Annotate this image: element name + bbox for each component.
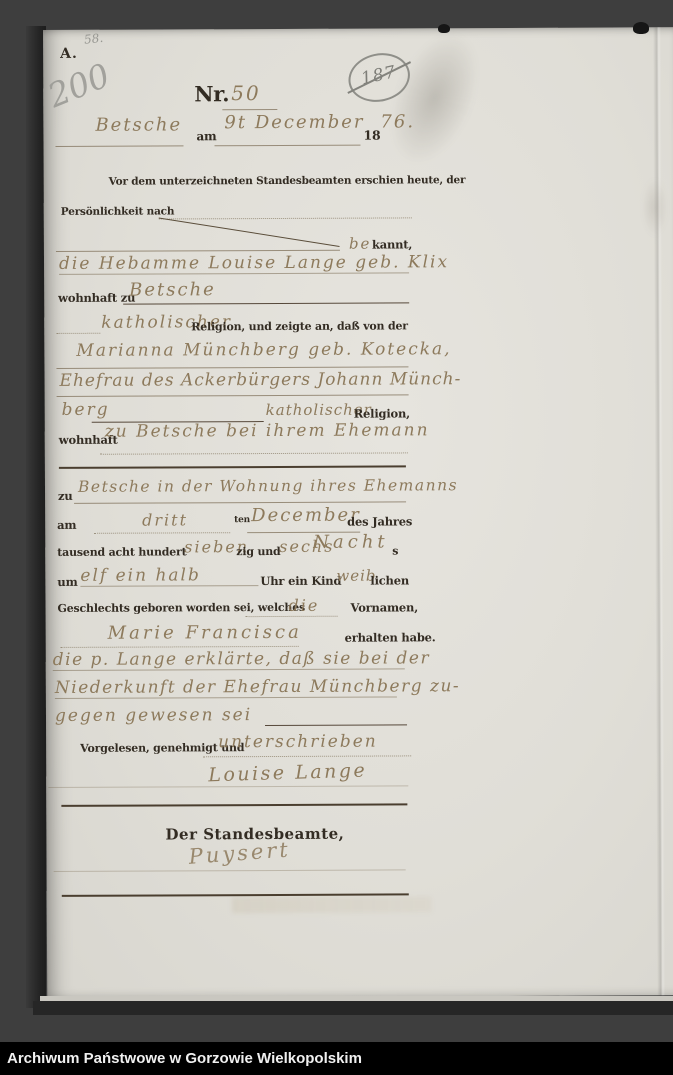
section-letter: A.: [60, 46, 78, 62]
year-printed-3: s: [392, 544, 398, 557]
bekannt-blank-line: [56, 250, 340, 252]
date-underline: [215, 145, 361, 147]
place-entry: Betsche: [95, 114, 182, 135]
name-underline: [61, 646, 299, 648]
printed-century: 18: [363, 128, 380, 143]
day-blank: [94, 532, 230, 534]
child-name-entry: Marie Francisca: [108, 622, 302, 644]
archive-caption-bar: Archiwum Państwowe w Gorzowie Wielkopols…: [0, 1042, 673, 1075]
pencil-number-top: 58.: [83, 31, 104, 47]
residence2-entry: zu Betsche bei ihrem Ehemann: [105, 420, 430, 441]
time-entry: elf ein halb: [80, 565, 258, 587]
year-printed-2: zig und: [236, 545, 280, 558]
date-entry: 9t December: [224, 112, 364, 134]
lichen-suffix: lichen: [370, 573, 409, 587]
des-jahres-label: des Jahres: [347, 514, 412, 528]
remark-line-3: gegen gewesen sei: [55, 705, 252, 726]
erhalten-habe-label: erhalten habe.: [345, 630, 436, 644]
unterschrieben-entry: unterschrieben: [218, 732, 378, 753]
closing-underline: [203, 755, 411, 757]
day-entry: dritt: [142, 510, 188, 529]
record-number-underline: [222, 109, 277, 110]
vornamen-label: Vornamen,: [350, 600, 418, 614]
mother-underline: [56, 366, 408, 369]
pencil-scribble: 200: [42, 55, 115, 115]
month-entry: December: [251, 505, 361, 526]
bekannt-written-prefix: be: [349, 235, 372, 253]
record-number-label: Nr.: [194, 81, 229, 106]
registrar-signature-line: [54, 869, 406, 872]
document-scan: A. 58. 200 Nr. 50 187 Betsche am 9t Dece…: [43, 27, 673, 998]
residence2-underline: [100, 452, 408, 454]
birthplace-entry: Betsche in der Wohnung ihres Ehemanns: [78, 476, 458, 496]
bekannt-printed-suffix: kannt,: [372, 237, 412, 251]
edge-mark: [438, 24, 450, 33]
remark-line-1: die p. Lange erklärte, daß sie bei der: [53, 648, 405, 671]
birthplace-label: zu: [58, 489, 73, 503]
ink-bleedthrough: [232, 896, 432, 913]
religion-blank: [56, 333, 100, 334]
edge-mark: [633, 22, 649, 34]
birthplace-underline: [74, 501, 406, 503]
book-bottom-edge: [33, 1001, 673, 1015]
residence-underline: [123, 302, 409, 304]
remark-closing-line: [265, 724, 407, 726]
time-um-label: um: [57, 575, 77, 589]
birthdate-am-label: am: [57, 518, 76, 532]
residence-entry: Betsche: [129, 279, 216, 300]
remark-line-2: Niederkunft der Ehefrau Münchberg zu-: [55, 676, 397, 698]
year-printed-1: tausend acht hundert: [57, 545, 186, 559]
footer-divider-1: [61, 803, 407, 807]
photo-background: A. 58. 200 Nr. 50 187 Betsche am 9t Dece…: [0, 0, 673, 1042]
page-fold-crease: [653, 27, 665, 995]
gender-printed-1: Geschlechts geboren worden sei, welches: [57, 601, 305, 615]
section-divider: [59, 465, 406, 469]
intro-text: Vor dem unterzeichneten Standesbeamten e…: [109, 174, 466, 188]
mother-entry: Marianna Münchberg geb. Kotecka,: [76, 339, 451, 361]
husband-entry-2: berg: [62, 400, 110, 420]
signature-underline: [48, 785, 408, 788]
die-blank: [246, 616, 338, 617]
uhr-ein-kind-label: Uhr ein Kind: [260, 574, 341, 588]
die-entry: die: [288, 596, 319, 615]
archive-caption: Archiwum Państwowe w Gorzowie Wielkopols…: [0, 1042, 673, 1075]
place-underline: [56, 145, 184, 147]
identity-blank-line: [159, 217, 412, 219]
declarant-signature: Louise Lange: [208, 760, 368, 787]
husband-underline-1: [57, 394, 409, 397]
religion-printed-2: Religion,: [354, 406, 410, 420]
record-number-value: 50: [231, 81, 261, 105]
identity-label: Persönlichkeit nach: [61, 205, 175, 217]
cancellation-stroke: [159, 217, 340, 246]
declarant-entry: die Hebamme Louise Lange geb. Klix: [59, 252, 409, 275]
year-entry: 76.: [380, 111, 415, 132]
am-label: am: [196, 129, 216, 143]
ten-suffix: ten: [234, 515, 250, 525]
paper-stain: [642, 177, 668, 237]
husband-entry-1: Ehefrau des Ackerbürgers Johann Münch-: [59, 369, 461, 391]
religion-printed-1: Religion, und zeigte an, daß von der: [191, 319, 408, 333]
daytime-entry: Nacht: [313, 531, 388, 552]
